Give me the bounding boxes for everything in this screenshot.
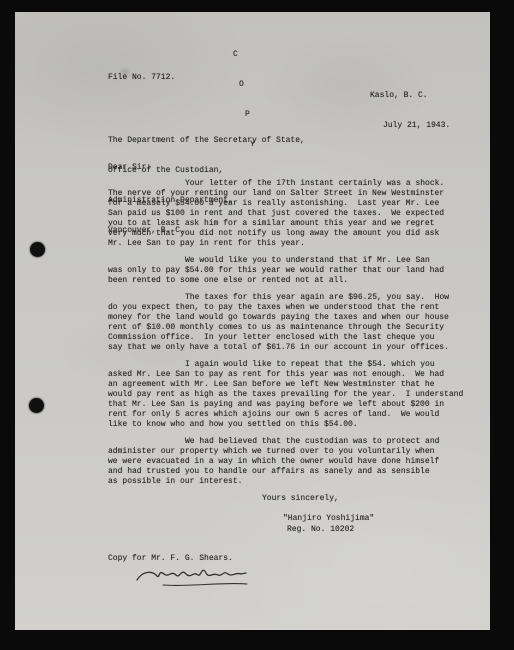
letter-line: as possible in our interest. <box>108 477 484 487</box>
letter-page: C O P Y File No. 7712. Kaslo, B. C. July… <box>15 12 490 630</box>
letter-line: like to know who and how you settled on … <box>108 420 484 430</box>
letter-line: rent of $10.00 monthly comes to us as ma… <box>108 323 484 333</box>
letter-line: Commission office. In your letter enclos… <box>108 333 484 343</box>
letter-paragraph: I again would like to repeat that the $5… <box>108 360 484 430</box>
copy-mark-letter: O <box>239 80 255 90</box>
salutation: Dear Sir: <box>108 163 151 173</box>
signature-name: "Hanjiro Yoshijima" <box>283 514 374 524</box>
letter-line: We had believed that the custodian was t… <box>108 437 484 447</box>
letter-line: was only to pay $54.00 for this year we … <box>108 266 484 276</box>
letter-line: you to at least ask him for a similar am… <box>108 219 484 229</box>
file-number: File No. 7712. <box>108 73 175 83</box>
hole-punch <box>29 398 44 413</box>
copy-mark-letter: C <box>233 50 255 60</box>
place-line: Kaslo, B. C. <box>370 91 450 101</box>
handwritten-annotation <box>133 560 273 596</box>
letter-line: The nerve of your renting our land on Sa… <box>108 189 484 199</box>
hole-punch <box>30 242 45 257</box>
letter-line: do you expect then, to pay the taxes whe… <box>108 303 484 313</box>
registration-number: Reg. No. 10202 <box>287 525 354 535</box>
letter-line: that Mr. Lee San is paying and was payin… <box>108 400 484 410</box>
letter-line: say that we only have a total of $61.76 … <box>108 343 484 353</box>
closing: Yours sincerely, <box>262 494 339 504</box>
recipient-line: The Department of the Secretary of State… <box>108 136 305 146</box>
letter-line: We would like you to understand that if … <box>108 256 484 266</box>
letter-line: very much that you did not notify us lon… <box>108 229 484 239</box>
letter-line: The taxes for this year again are $96.25… <box>108 293 484 303</box>
letter-paragraph: Your letter of the 17th instant certainl… <box>108 179 484 249</box>
letter-line: asked Mr. Lee San to pay as rent for thi… <box>108 370 484 380</box>
letter-line: money for the land would go towards payi… <box>108 313 484 323</box>
letter-line: an agreement with Mr. Lee San before we … <box>108 380 484 390</box>
letter-paragraph: The taxes for this year again are $96.25… <box>108 293 484 353</box>
letter-line: for a measely $54.00 a year is really as… <box>108 199 484 209</box>
letter-line: been rented to some one else or rented n… <box>108 276 484 286</box>
letter-paragraph: We had believed that the custodian was t… <box>108 437 484 487</box>
scan-background: { "page": { "copy_mark": ["C","O","P","Y… <box>0 0 514 650</box>
letter-line: Your letter of the 17th instant certainl… <box>108 179 484 189</box>
letter-line: rent for only 5 acres which ajoins our o… <box>108 410 484 420</box>
letter-body: Your letter of the 17th instant certainl… <box>108 179 484 494</box>
letter-line: San paid us $100 in rent and that just c… <box>108 209 484 219</box>
date-line: July 21, 1943. <box>383 121 450 131</box>
letter-line: administer our property which we turned … <box>108 447 484 457</box>
letter-line: Mr. Lee San to pay in rent for this year… <box>108 239 484 249</box>
letter-line: we were evacuated in a way in which the … <box>108 457 484 467</box>
letter-paragraph: We would like you to understand that if … <box>108 256 484 286</box>
letter-line: and had trusted you to handle our affair… <box>108 467 484 477</box>
letter-line: would pay rent as high as the taxes prev… <box>108 390 484 400</box>
letter-line: I again would like to repeat that the $5… <box>108 360 484 370</box>
place-date-block: Kaslo, B. C. July 21, 1943. <box>370 71 450 151</box>
